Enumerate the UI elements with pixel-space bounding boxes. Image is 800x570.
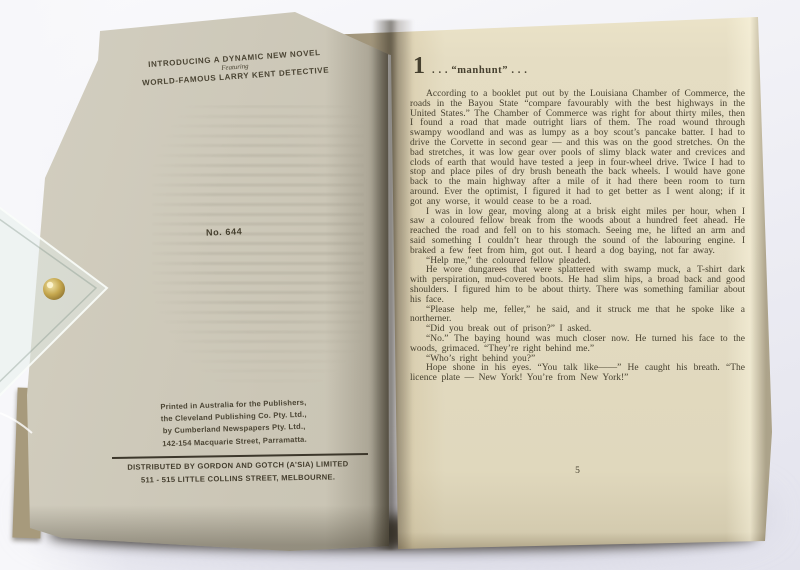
chapter-heading: 1 . . . “manhunt” . . .	[413, 53, 527, 80]
photo-of-open-book: INTRODUCING A DYNAMIC NEW NOVEL Featurin…	[0, 0, 800, 570]
issue-number: No. 644	[206, 226, 243, 237]
glass-bottom-edge	[0, 413, 32, 433]
paragraph: I was in low gear, moving along at a bri…	[410, 208, 745, 257]
chapter-title: . . . “manhunt” . . .	[432, 65, 527, 76]
gold-stud-highlight	[47, 282, 53, 288]
printer-imprint: Printed in Australia for the Publishers,…	[149, 396, 318, 450]
book-gutter-shadow	[372, 20, 414, 550]
distributor-imprint: DISTRIBUTED BY GORDON AND GOTCH (A’SIA) …	[107, 458, 369, 487]
gold-stud	[43, 278, 65, 300]
chapter-body-text: According to a booklet put out by the Lo…	[410, 90, 745, 384]
chapter-number: 1	[413, 53, 426, 80]
page-number: 5	[410, 466, 745, 476]
page-showthrough-text	[152, 105, 364, 385]
paragraph: He wore dungarees that were splattered w…	[410, 266, 745, 305]
glass-corner-overlay	[0, 185, 140, 445]
paragraph: “No.” The baying hound was much closer n…	[410, 335, 745, 355]
paragraph: “Please help me, feller,” he said, and i…	[410, 306, 745, 326]
paragraph: According to a booklet put out by the Lo…	[410, 90, 745, 208]
paragraph: Hope shone in his eyes. “You talk like——…	[410, 364, 745, 384]
